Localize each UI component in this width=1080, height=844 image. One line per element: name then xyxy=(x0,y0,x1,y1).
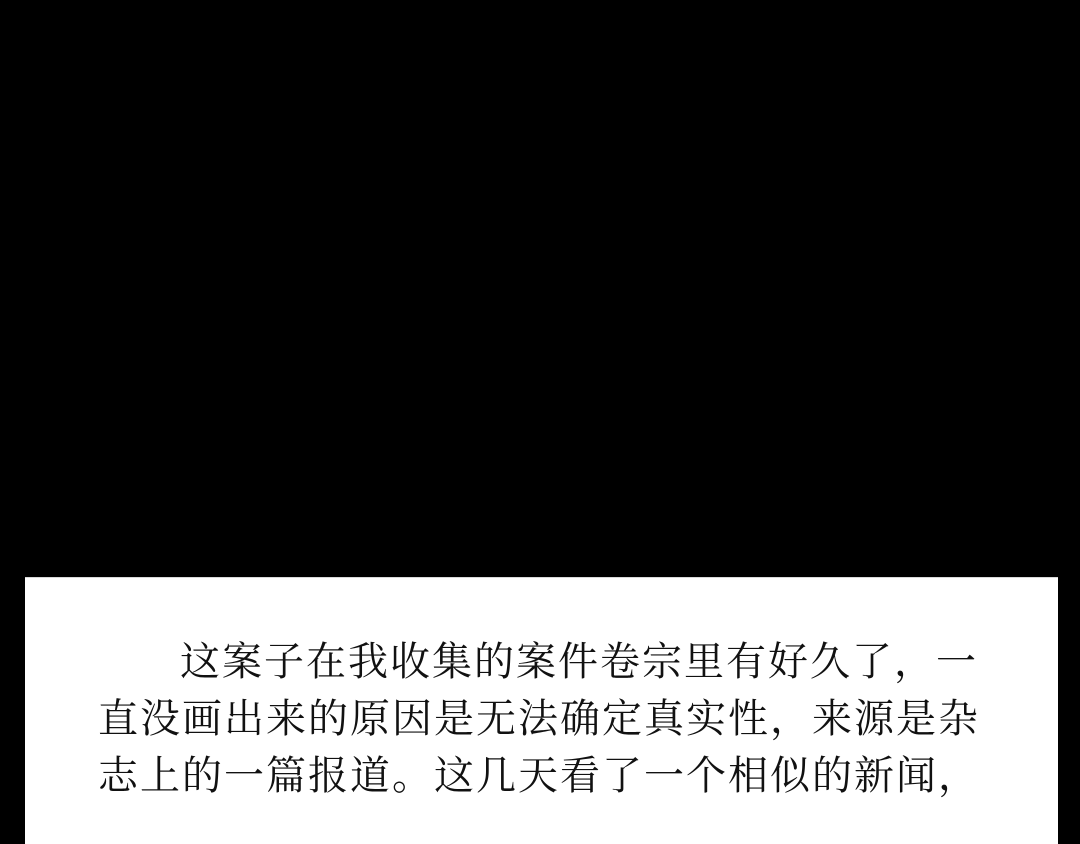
article-text: 这案子在我收集的案件卷宗里有好久了，一 直没画出来的原因是无法确定真实性，来源是… xyxy=(98,634,988,805)
text-panel: 这案子在我收集的案件卷宗里有好久了，一 直没画出来的原因是无法确定真实性，来源是… xyxy=(25,577,1058,844)
text-line-1: 这案子在我收集的案件卷宗里有好久了，一 xyxy=(98,634,988,691)
comic-page: 这案子在我收集的案件卷宗里有好久了，一 直没画出来的原因是无法确定真实性，来源是… xyxy=(0,0,1080,844)
text-line-3: 志上的一篇报道。这几天看了一个相似的新闻， xyxy=(98,748,988,805)
text-line-2: 直没画出来的原因是无法确定真实性，来源是杂 xyxy=(98,691,988,748)
